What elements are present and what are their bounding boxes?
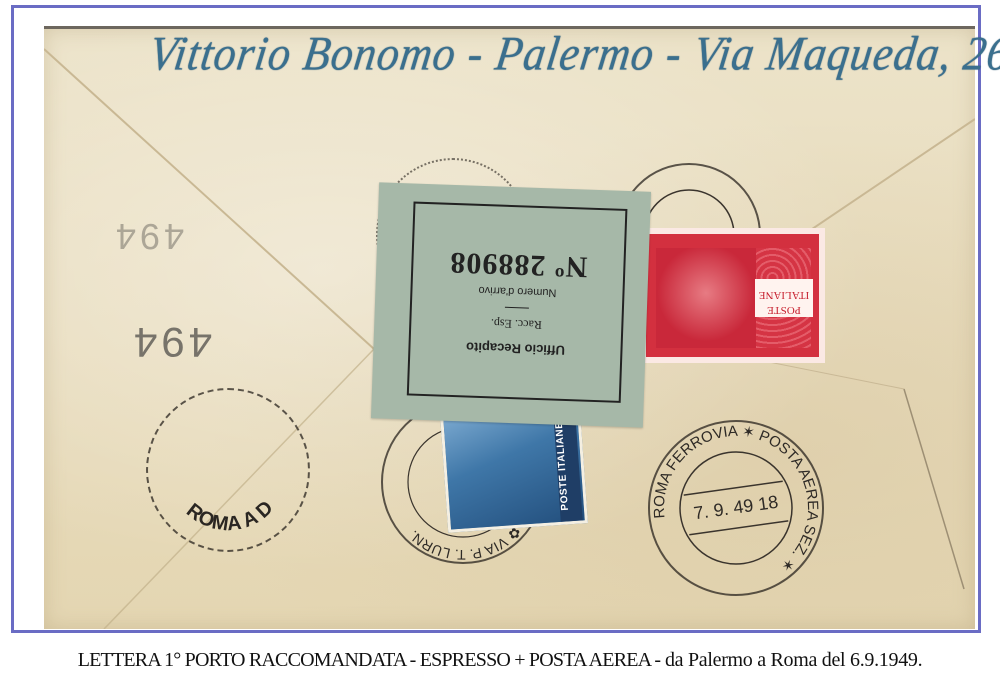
- caption-rest: da Palermo a Roma del 6.9.1949.: [660, 649, 922, 671]
- roma-ferrovia-postmark: ROMA FERROVIA ✶ POSTA AEREA SEZ. ✶ 7. 9.…: [637, 409, 836, 608]
- roma-postmark-left: ROMA A D: [146, 388, 310, 552]
- stamp-text: POSTE ITALIANE: [755, 279, 813, 317]
- registration-label: Ufficio Recapito Racc. Esp. Numero d'arr…: [371, 182, 651, 427]
- label-arrival: Numero d'arrivo: [478, 284, 556, 299]
- stamp-design: POSTE ITALIANE: [646, 234, 819, 357]
- svg-text:ROMA A D: ROMA A D: [180, 465, 278, 550]
- label-number: Nº 288908: [449, 245, 588, 284]
- postmark-ring: ROMA A D: [148, 390, 308, 550]
- red-stamp: POSTE ITALIANE: [640, 228, 825, 363]
- stamp-vignette: [656, 248, 756, 348]
- label-box: Ufficio Recapito Racc. Esp. Numero d'arr…: [407, 202, 628, 403]
- label-subtitle: Racc. Esp.: [491, 316, 542, 333]
- pencil-mark: 494: [112, 215, 184, 257]
- sender-handwriting: Vittorio Bonomo - Palermo - Via Maqueda,…: [146, 25, 1000, 81]
- caption-bold: LETTERA 1° PORTO RACCOMANDATA - ESPRESSO…: [78, 649, 661, 671]
- caption: LETTERA 1° PORTO RACCOMANDATA - ESPRESSO…: [0, 649, 1000, 672]
- pencil-mark: 494: [130, 318, 212, 366]
- label-office: Ufficio Recapito: [466, 340, 565, 358]
- label-divider: [505, 307, 529, 309]
- label-content: Ufficio Recapito Racc. Esp. Numero d'arr…: [409, 204, 626, 401]
